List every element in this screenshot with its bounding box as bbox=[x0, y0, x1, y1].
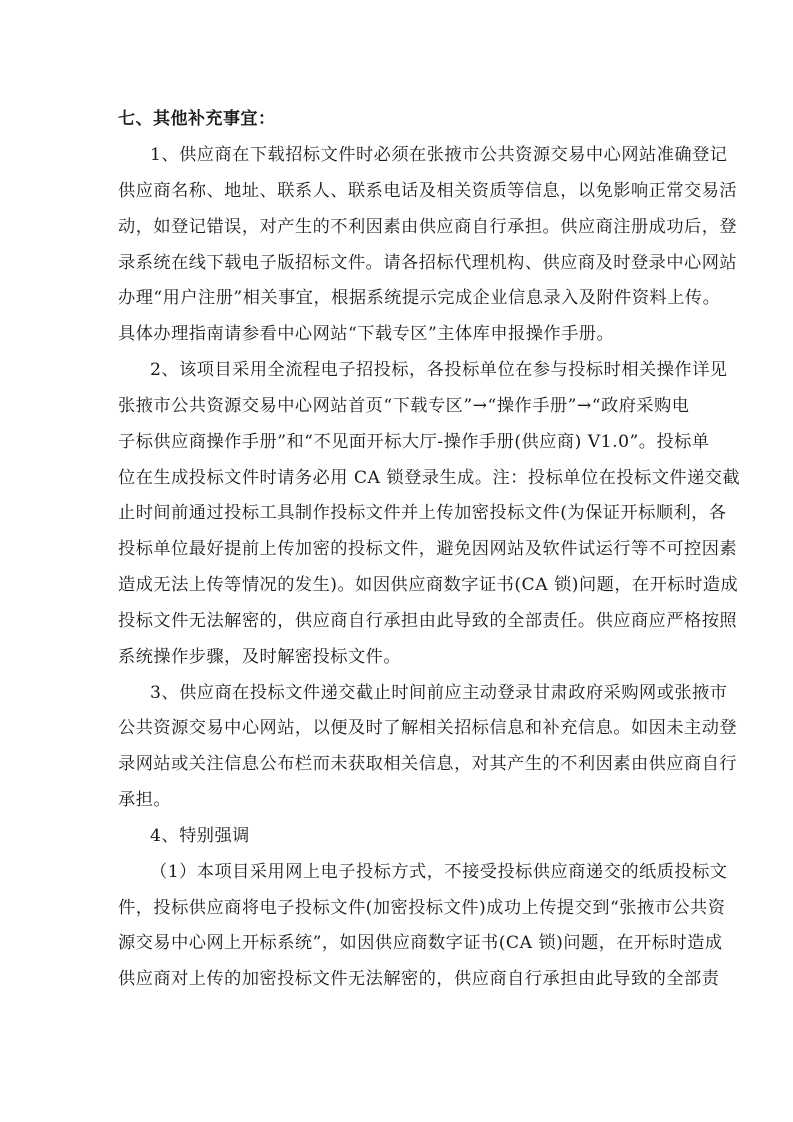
subsection-heading: 4、特别强调 bbox=[150, 824, 674, 848]
paragraph-1-line: 1、供应商在下载招标文件时必须在张掖市公共资源交易中心网站准确登记 bbox=[150, 143, 674, 167]
paragraph-3-line: 公共资源交易中心网站，以便及时了解相关招标信息和补充信息。如因未主动登 bbox=[118, 716, 674, 740]
paragraph-1-line: 录系统在线下载电子版招标文件。请各招标代理机构、供应商及时登录中心网站 bbox=[118, 251, 674, 275]
paragraph-4-line: 源交易中心网上开标系统”，如因供应商数字证书(CA 锁)问题，在开标时造成 bbox=[118, 931, 674, 955]
paragraph-1-line: 供应商名称、地址、联系人、联系电话及相关资质等信息，以免影响正常交易活 bbox=[118, 179, 674, 203]
paragraph-2-line: 投标单位最好提前上传加密的投标文件，避免因网站及软件试运行等不可控因素 bbox=[118, 537, 674, 561]
paragraph-3-line: 承担。 bbox=[118, 788, 674, 812]
paragraph-2-line: 系统操作步骤，及时解密投标文件。 bbox=[118, 645, 674, 669]
paragraph-4-line: （1）本项目采用网上电子投标方式，不接受投标供应商递交的纸质投标文 bbox=[150, 860, 674, 884]
paragraph-2-line: 子标供应商操作手册”和“不见面开标大厅-操作手册(供应商) V1.0”。投标单 bbox=[118, 430, 674, 454]
paragraph-3-line: 3、供应商在投标文件递交截止时间前应主动登录甘肃政府采购网或张掖市 bbox=[150, 681, 674, 705]
paragraph-1-line: 动，如登记错误，对产生的不利因素由供应商自行承担。供应商注册成功后，登 bbox=[118, 215, 674, 239]
paragraph-2-line: 止时间前通过投标工具制作投标文件并上传加密投标文件(为保证开标顺利，各 bbox=[118, 501, 674, 525]
paragraph-2-line: 投标文件无法解密的，供应商自行承担由此导致的全部责任。供应商应严格按照 bbox=[118, 609, 674, 633]
paragraph-1-line: 具体办理指南请参看中心网站“下载专区”主体库申报操作手册。 bbox=[118, 322, 674, 346]
paragraph-1-line: 办理“用户注册”相关事宜，根据系统提示完成企业信息录入及附件资料上传。 bbox=[118, 286, 674, 310]
paragraph-2-line: 造成无法上传等情况的发生)。如因供应商数字证书(CA 锁)问题，在开标时造成 bbox=[118, 573, 674, 597]
paragraph-2-line: 位在生成投标文件时请务必用 CA 锁登录生成。注：投标单位在投标文件递交截 bbox=[118, 466, 674, 490]
paragraph-2-line: 2、该项目采用全流程电子招投标，各投标单位在参与投标时相关操作详见 bbox=[150, 358, 674, 382]
paragraph-4-line: 供应商对上传的加密投标文件无法解密的，供应商自行承担由此导致的全部责 bbox=[118, 967, 674, 991]
paragraph-4-line: 件，投标供应商将电子投标文件(加密投标文件)成功上传提交到“张掖市公共资 bbox=[118, 896, 674, 920]
document-page: 七、其他补充事宜： 1、供应商在下载招标文件时必须在张掖市公共资源交易中心网站准… bbox=[0, 0, 793, 1122]
paragraph-3-line: 录网站或关注信息公布栏而未获取相关信息，对其产生的不利因素由供应商自行 bbox=[118, 752, 674, 776]
section-heading: 七、其他补充事宜： bbox=[118, 107, 674, 131]
paragraph-2-line: 张掖市公共资源交易中心网站首页“下载专区”→“操作手册”→“政府采购电 bbox=[118, 394, 674, 418]
